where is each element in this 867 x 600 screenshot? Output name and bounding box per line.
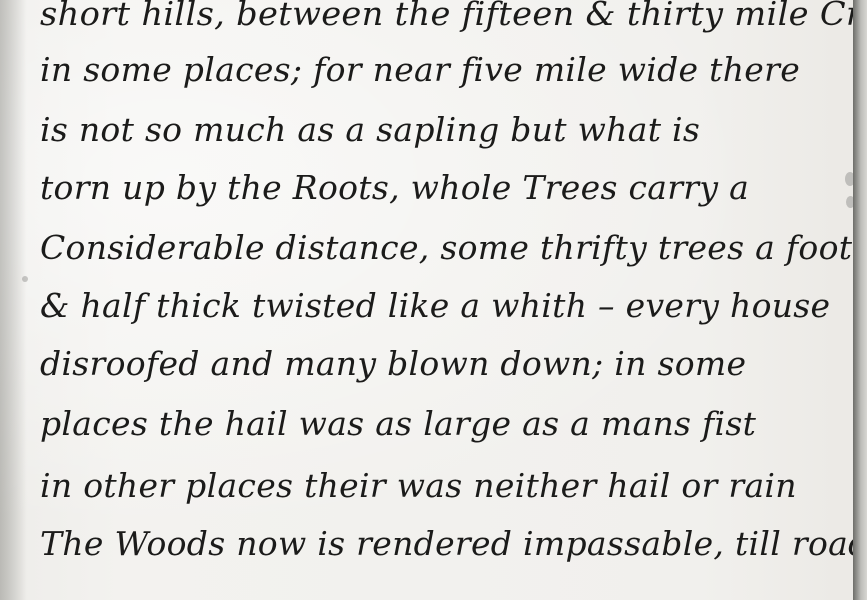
text-line: The Woods now is rendered impassable, ti… xyxy=(40,524,867,563)
text-line: in other places their was neither hail o… xyxy=(40,466,797,505)
page-binding-edge xyxy=(853,0,867,600)
text-line: in some places; for near five mile wide … xyxy=(40,50,800,89)
text-line: disroofed and many blown down; in some xyxy=(40,344,746,383)
text-line: is not so much as a sapling but what is xyxy=(40,110,700,149)
text-line: short hills, between the fifteen & thirt… xyxy=(40,0,867,33)
text-line: Considerable distance, some thrifty tree… xyxy=(40,228,852,267)
text-line: torn up by the Roots, whole Trees carry … xyxy=(40,168,749,207)
manuscript-page: short hills, between the fifteen & thirt… xyxy=(0,0,867,600)
handwritten-text-block: short hills, between the fifteen & thirt… xyxy=(10,0,850,600)
text-line: places the hail was as large as a mans f… xyxy=(40,404,756,443)
text-line: & half thick twisted like a whith – ever… xyxy=(40,286,830,325)
